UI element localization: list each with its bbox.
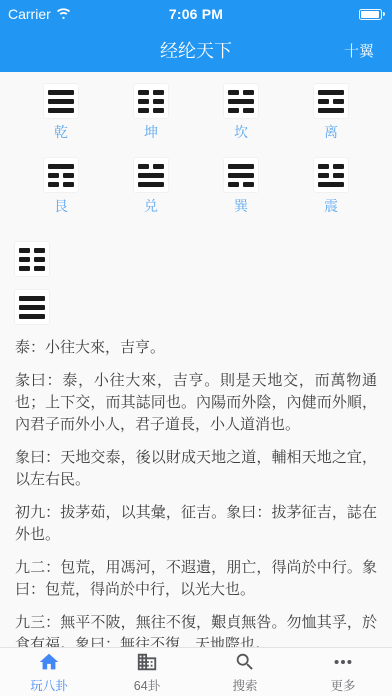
hexagram-panel	[15, 242, 392, 324]
main-content: 乾坤坎离艮兑巽震 泰：小往大來，吉亨。彖曰：泰，小往大來，吉亨。則是天地交，而萬…	[0, 72, 392, 647]
trigram-line-broken	[228, 90, 254, 95]
status-time: 7:06 PM	[128, 6, 264, 22]
trigram-line-broken	[138, 90, 164, 95]
more-icon	[331, 650, 355, 674]
carrier-label: Carrier	[8, 6, 51, 22]
status-bar: Carrier 7:06 PM	[0, 0, 392, 28]
trigram-cell-兑[interactable]: 兑	[106, 158, 196, 216]
trigram-line-solid	[138, 173, 164, 178]
trigram-label: 乾	[54, 122, 68, 142]
trigram-tile	[134, 84, 168, 118]
trigram-line-broken	[318, 99, 344, 104]
classic-text-paragraph: 象曰：天地交泰，後以財成天地之道，輔相天地之宜，以左右民。	[15, 447, 377, 491]
trigram-tile	[134, 158, 168, 192]
trigram-line-solid	[138, 182, 164, 187]
trigram-tile	[224, 158, 258, 192]
trigram-line-solid	[228, 164, 254, 169]
trigram-line-broken	[19, 266, 45, 271]
nav-bar: 经纶天下 十翼	[0, 28, 392, 72]
trigram-tile	[314, 84, 348, 118]
tab-64卦[interactable]: 64卦	[98, 648, 196, 696]
trigram-cell-坎[interactable]: 坎	[196, 84, 286, 142]
trigram-line-broken	[138, 164, 164, 169]
trigram-line-solid	[318, 108, 344, 113]
ten-wings-button[interactable]: 十翼	[338, 28, 380, 72]
trigram-line-broken	[138, 108, 164, 113]
trigram-line-broken	[19, 257, 45, 262]
page-title: 经纶天下	[160, 37, 232, 63]
trigram-cell-巽[interactable]: 巽	[196, 158, 286, 216]
hexagram-lower-trigram[interactable]	[15, 290, 49, 324]
trigram-line-broken	[318, 164, 344, 169]
trigram-row: 乾坤坎离	[0, 84, 392, 142]
classic-text-paragraph: 九三：無平不陂，無往不復，艱貞無咎。勿恤其孚，於食有福。象曰：無往不復，天地際也…	[15, 612, 377, 647]
trigram-label: 兑	[144, 196, 158, 216]
trigram-label: 坎	[234, 122, 248, 142]
trigram-line-broken	[228, 182, 254, 187]
tab-更多[interactable]: 更多	[294, 648, 392, 696]
trigram-line-solid	[228, 99, 254, 104]
trigram-tile	[44, 84, 78, 118]
trigram-line-solid	[19, 296, 45, 301]
trigram-line-solid	[48, 90, 74, 95]
trigram-cell-乾[interactable]: 乾	[16, 84, 106, 142]
classic-text-paragraph: 初九：拔茅茹，以其彙，征吉。象曰：拔茅征吉，誌在外也。	[15, 502, 377, 546]
trigram-line-solid	[48, 164, 74, 169]
trigram-line-broken	[228, 108, 254, 113]
text-panel: 泰：小往大來，吉亨。彖曰：泰，小往大來，吉亨。則是天地交，而萬物通也；上下交，而…	[0, 324, 392, 647]
tab-label: 64卦	[134, 676, 160, 694]
trigram-line-solid	[318, 90, 344, 95]
classic-text-paragraph: 泰：小往大來，吉亨。	[15, 337, 377, 359]
trigram-line-solid	[48, 108, 74, 113]
trigram-label: 艮	[54, 196, 68, 216]
trigram-grid: 乾坤坎离艮兑巽震	[0, 72, 392, 216]
classic-text-paragraph: 彖曰：泰，小往大來，吉亨。則是天地交，而萬物通也；上下交，而其誌同也。內陽而外陰…	[15, 370, 377, 436]
trigram-cell-艮[interactable]: 艮	[16, 158, 106, 216]
tab-label: 搜索	[232, 676, 257, 694]
trigram-cell-离[interactable]: 离	[286, 84, 376, 142]
wifi-icon	[56, 6, 71, 22]
trigram-line-solid	[19, 314, 45, 319]
tab-搜索[interactable]: 搜索	[196, 648, 294, 696]
app-screen: Carrier 7:06 PM 经纶天下 十翼 乾坤坎离艮兑巽震 泰：小往大來，…	[0, 0, 392, 696]
trigram-line-solid	[19, 305, 45, 310]
trigram-tile	[224, 84, 258, 118]
trigram-line-broken	[138, 99, 164, 104]
classic-text-paragraph: 九二：包荒，用馮河，不遐遺，朋亡，得尚於中行。象曰：包荒，得尚於中行，以光大也。	[15, 557, 377, 601]
tab-玩八卦[interactable]: 玩八卦	[0, 648, 98, 696]
trigram-label: 震	[324, 196, 338, 216]
hexagram-upper-trigram[interactable]	[15, 242, 49, 276]
home-icon	[37, 650, 61, 674]
trigram-label: 坤	[144, 122, 158, 142]
trigram-line-broken	[318, 173, 344, 178]
trigram-row: 艮兑巽震	[0, 158, 392, 216]
trigram-line-broken	[48, 173, 74, 178]
trigram-cell-坤[interactable]: 坤	[106, 84, 196, 142]
trigram-tile	[314, 158, 348, 192]
trigram-cell-震[interactable]: 震	[286, 158, 376, 216]
trigram-line-solid	[48, 99, 74, 104]
search-icon	[233, 650, 257, 674]
trigram-line-broken	[48, 182, 74, 187]
tab-label: 更多	[330, 676, 355, 694]
battery-icon	[359, 9, 382, 20]
trigram-label: 离	[324, 122, 338, 142]
trigram-line-solid	[318, 182, 344, 187]
trigram-line-broken	[19, 248, 45, 253]
trigram-label: 巽	[234, 196, 248, 216]
tab-bar: 玩八卦64卦搜索更多	[0, 647, 392, 696]
trigram-tile	[44, 158, 78, 192]
trigram-line-solid	[228, 173, 254, 178]
building-icon	[135, 650, 159, 674]
tab-label: 玩八卦	[30, 676, 68, 694]
